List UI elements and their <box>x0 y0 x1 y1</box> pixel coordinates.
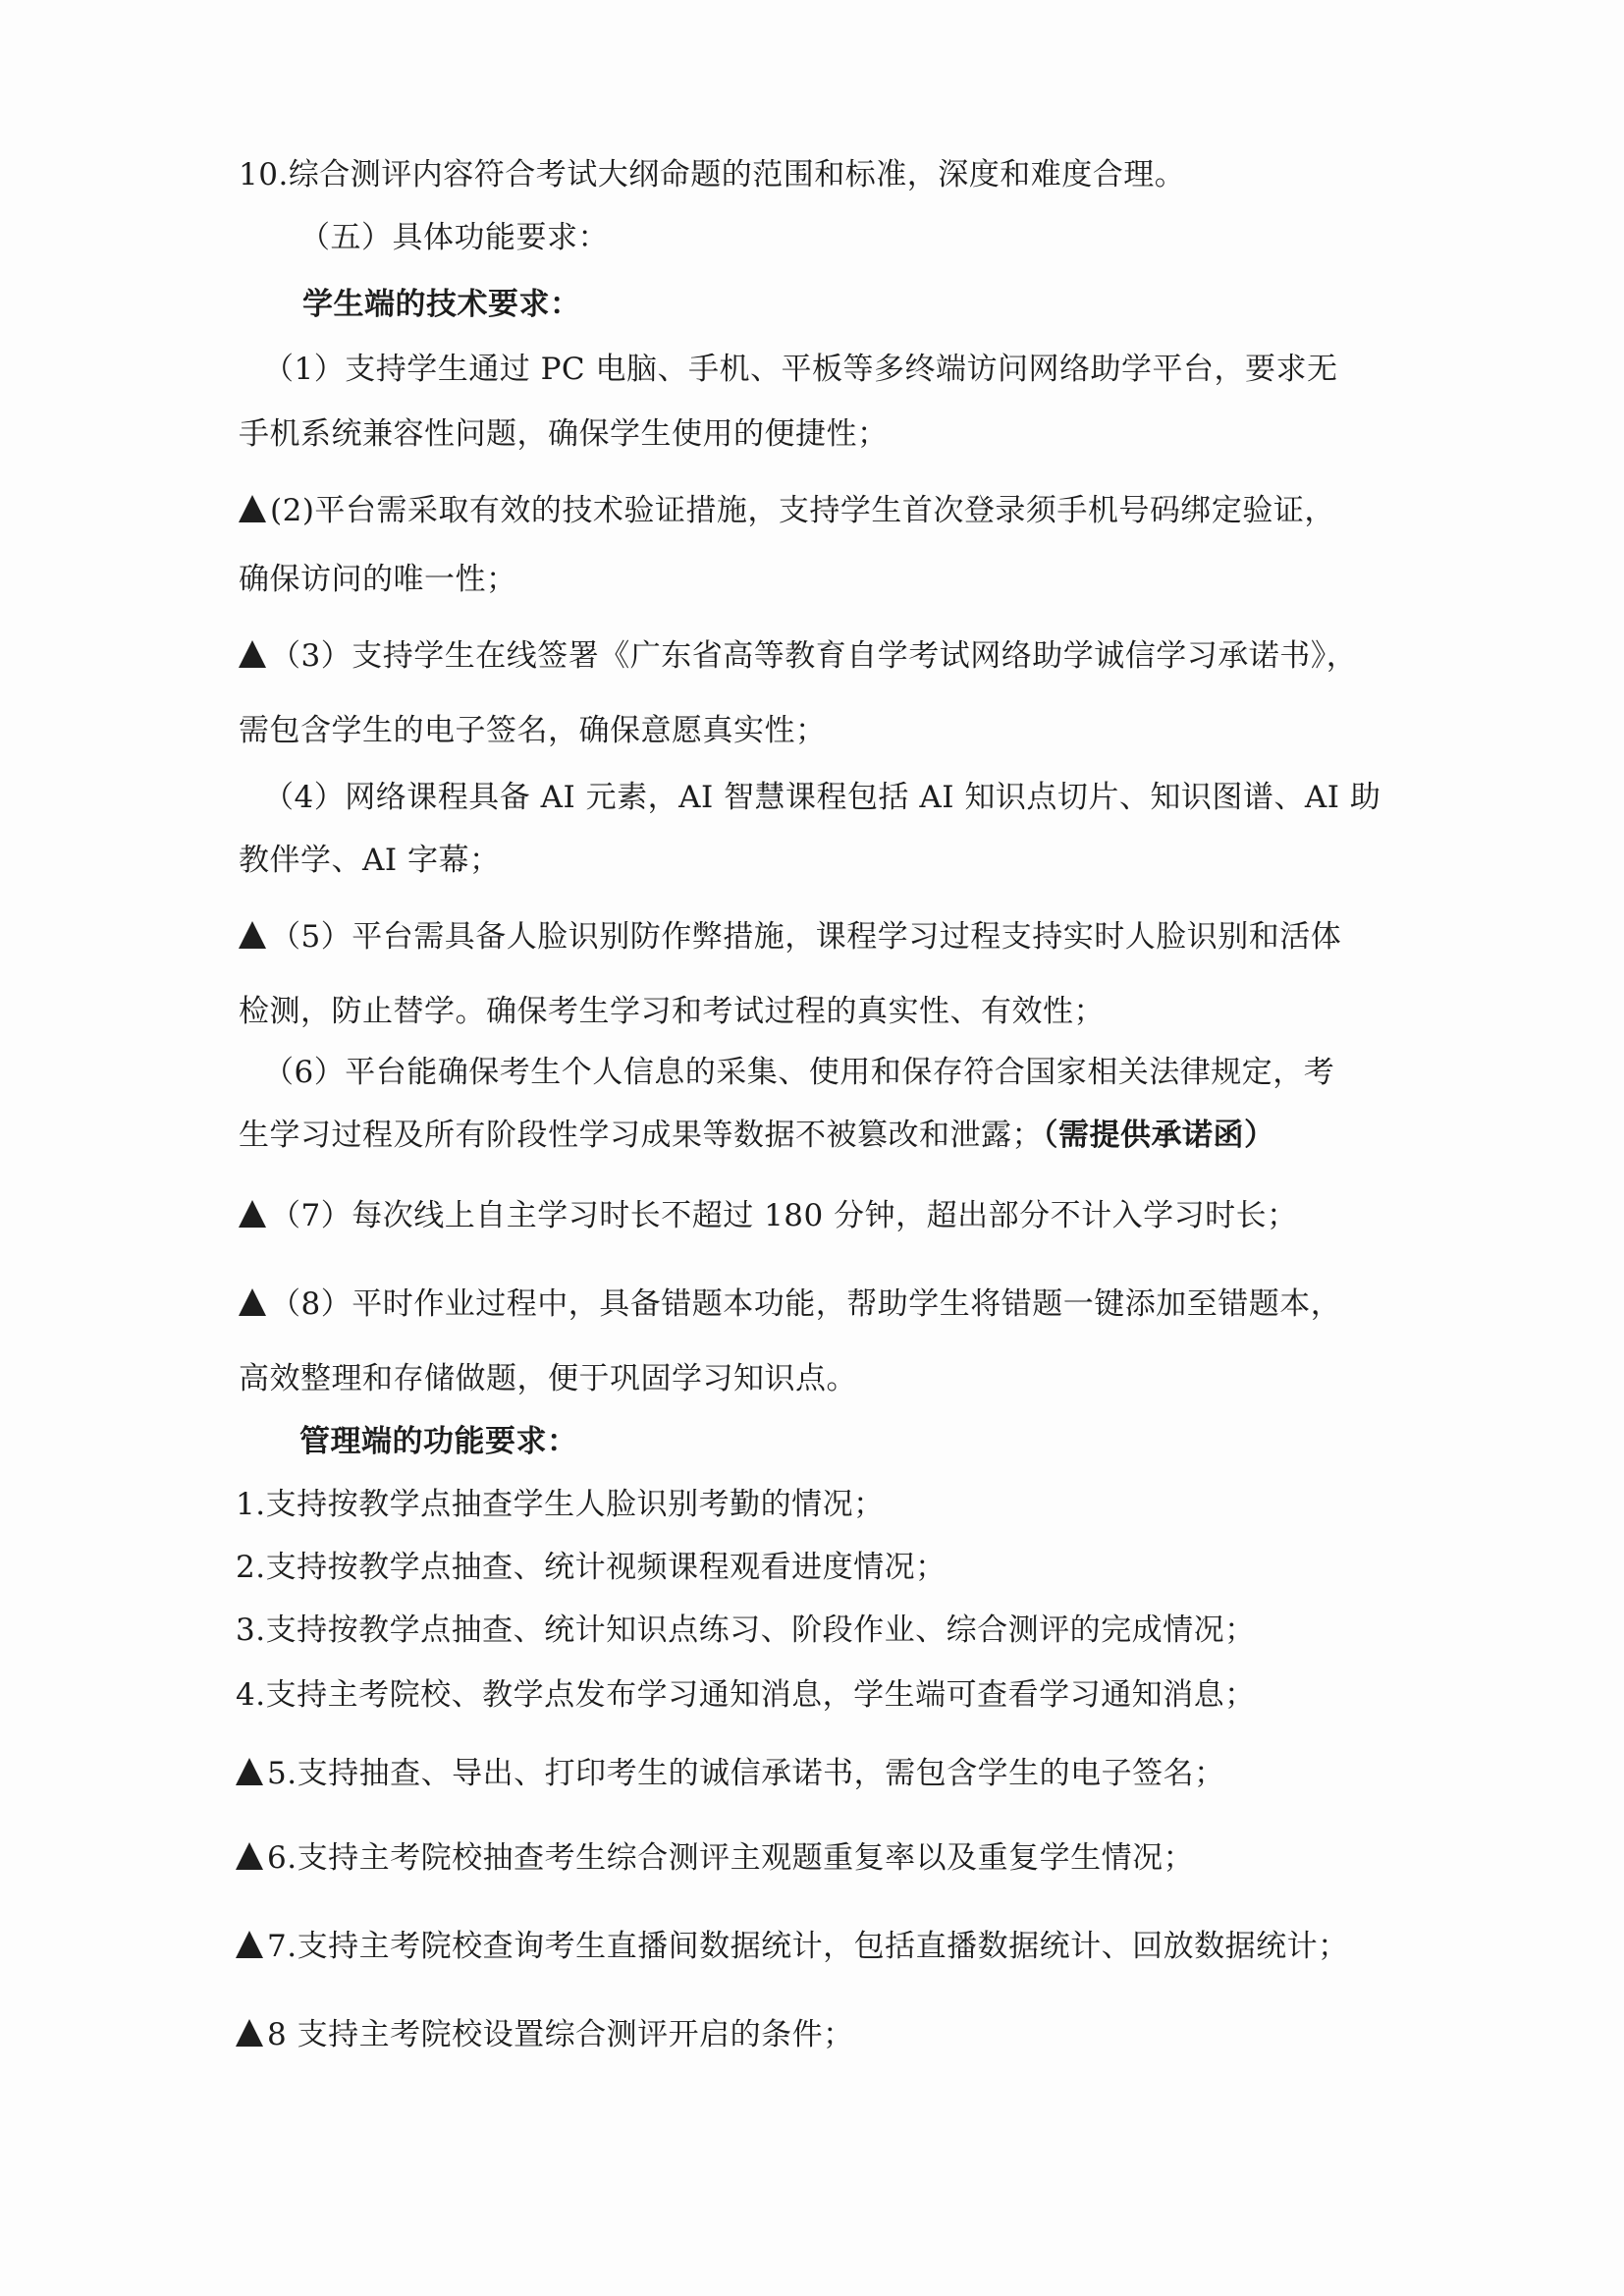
admin-item-3: 3.支持按教学点抽查、统计知识点练习、阶段作业、综合测评的完成情况； <box>236 1611 1256 1650</box>
admin-item-7: 7.支持主考院校查询考生直播间数据统计，包括直播数据统计、回放数据统计； <box>236 1927 1349 1966</box>
student-item-7-line-1: （7）每次线上自主学习时长不超过 180 分钟，超出部分不计入学习时长； <box>239 1196 1298 1235</box>
student-item-6-line-2: 生学习过程及所有阶段性学习成果等数据不被篡改和泄露；（需提供承诺函） <box>239 1116 1275 1155</box>
admin-item-6: 6.支持主考院校抽查考生综合测评主观题重复率以及重复学生情况； <box>236 1838 1194 1878</box>
student-item-5-line-2: 检测，防止替学。确保考生学习和考试过程的真实性、有效性； <box>239 992 1105 1031</box>
student-item-8-line-1: （8）平时作业过程中，具备错题本功能，帮助学生将错题一键添加至错题本， <box>239 1285 1341 1324</box>
admin-item-8: 8 支持主考院校设置综合测评开启的条件； <box>236 2015 854 2054</box>
student-item-8-line-2: 高效整理和存储做题，便于巩固学习知识点。 <box>239 1359 857 1398</box>
triangle-marker-icon <box>236 2019 263 2047</box>
section-heading: （五）具体功能要求： <box>299 218 609 257</box>
item-text: 6.支持主考院校抽查考生综合测评主观题重复率以及重复学生情况； <box>267 1840 1194 1876</box>
item-text: （5）平台需具备人脸识别防作弊措施，课程学习过程支持实时人脸识别和活体 <box>270 919 1341 955</box>
triangle-marker-icon <box>239 1200 266 1228</box>
admin-item-2: 2.支持按教学点抽查、统计视频课程观看进度情况； <box>236 1548 947 1587</box>
item-text: 8 支持主考院校设置综合测评开启的条件； <box>267 2017 854 2052</box>
admin-item-4: 4.支持主考院校、教学点发布学习通知消息，学生端可查看学习通知消息； <box>236 1675 1256 1715</box>
triangle-marker-icon <box>239 1288 266 1316</box>
student-item-1-line-1: （1）支持学生通过 PC 电脑、手机、平板等多终端访问网络助学平台，要求无 <box>263 350 1338 389</box>
student-item-3-line-2: 需包含学生的电子签名，确保意愿真实性； <box>239 711 827 750</box>
student-item-1-line-2: 手机系统兼容性问题，确保学生使用的便捷性； <box>239 414 889 454</box>
item-text: 生学习过程及所有阶段性学习成果等数据不被篡改和泄露； <box>239 1118 1043 1153</box>
item-text: （7）每次线上自主学习时长不超过 180 分钟，超出部分不计入学习时长； <box>270 1198 1298 1233</box>
student-item-3-line-1: （3）支持学生在线签署《广东省高等教育自学考试网络助学诚信学习承诺书》， <box>239 636 1357 676</box>
triangle-marker-icon <box>236 1931 263 1958</box>
commitment-note: （需提供承诺函） <box>1043 1118 1275 1153</box>
item-text: 5.支持抽查、导出、打印考生的诚信承诺书，需包含学生的电子签名； <box>267 1756 1225 1791</box>
item-text: （3）支持学生在线签署《广东省高等教育自学考试网络助学诚信学习承诺书》， <box>270 638 1357 674</box>
student-item-5-line-1: （5）平台需具备人脸识别防作弊措施，课程学习过程支持实时人脸识别和活体 <box>239 917 1341 957</box>
item-text: 7.支持主考院校查询考生直播间数据统计，包括直播数据统计、回放数据统计； <box>267 1929 1349 1964</box>
triangle-marker-icon <box>236 1758 263 1785</box>
student-section-heading: 学生端的技术要求： <box>302 285 581 324</box>
student-item-4-line-2: 教伴学、AI 字幕； <box>239 841 501 880</box>
item-text: （8）平时作业过程中，具备错题本功能，帮助学生将错题一键添加至错题本， <box>270 1286 1341 1322</box>
triangle-marker-icon <box>239 921 266 949</box>
student-item-2-line-2: 确保访问的唯一性； <box>239 560 517 599</box>
document-page: 10.综合测评内容符合考试大纲命题的范围和标准，深度和难度合理。 （五）具体功能… <box>0 0 1624 2296</box>
item-text: (2)平台需采取有效的技术验证措施，支持学生首次登录须手机号码绑定验证， <box>270 493 1335 528</box>
admin-item-5: 5.支持抽查、导出、打印考生的诚信承诺书，需包含学生的电子签名； <box>236 1754 1225 1793</box>
intro-line: 10.综合测评内容符合考试大纲命题的范围和标准，深度和难度合理。 <box>239 155 1185 194</box>
student-item-6-line-1: （6）平台能确保考生个人信息的采集、使用和保存符合国家相关法律规定，考 <box>263 1053 1334 1092</box>
admin-item-1: 1.支持按教学点抽查学生人脸识别考勤的情况； <box>236 1485 885 1524</box>
admin-section-heading: 管理端的功能要求： <box>299 1422 578 1461</box>
triangle-marker-icon <box>236 1842 263 1870</box>
triangle-marker-icon <box>239 640 266 668</box>
student-item-2-line-1: (2)平台需采取有效的技术验证措施，支持学生首次登录须手机号码绑定验证， <box>239 491 1335 530</box>
student-item-4-line-1: （4）网络课程具备 AI 元素，AI 智慧课程包括 AI 知识点切片、知识图谱、… <box>263 778 1380 817</box>
triangle-marker-icon <box>239 495 266 522</box>
